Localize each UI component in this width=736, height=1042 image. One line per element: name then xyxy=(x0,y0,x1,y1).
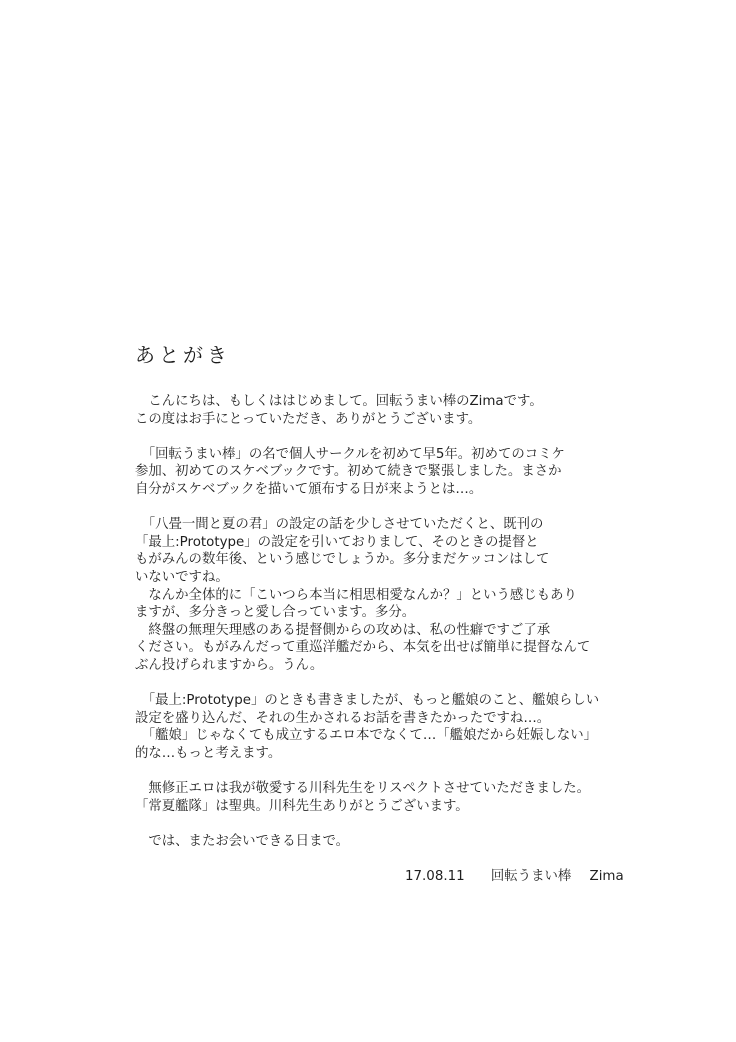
text-line: もがみんの数年後、という感じでしょうか。多分まだケッコンはして xyxy=(135,551,635,569)
signature-author: Zima xyxy=(590,868,624,886)
signature: 17.08.11 回転うまい棒 Zima xyxy=(405,868,624,886)
text-line: なんか全体的に「こいつら本当に相思相愛なんか？」という感じもあり xyxy=(135,587,635,605)
page-title: あとがき xyxy=(135,341,231,369)
text-line: 「艦娘」じゃなくても成立するエロ本でなくて…「艦娘だから妊娠しない」 xyxy=(135,727,635,745)
text-line: 「常夏艦隊」は聖典。川科先生ありがとうございます。 xyxy=(135,798,635,816)
text-line: 設定を盛り込んだ、それの生かされるお話を書きたかったですね…。 xyxy=(135,710,635,728)
paragraph-gap xyxy=(135,815,635,833)
text-line: では、またお会いできる日まで。 xyxy=(135,833,635,851)
paragraph-gap xyxy=(135,675,635,693)
text-line: こんにちは、もしくははじめまして。回転うまい棒のZimaです。 xyxy=(135,393,635,411)
signature-date: 17.08.11 xyxy=(405,868,465,886)
text-line: いないですね。 xyxy=(135,569,635,587)
text-line: 「最上:Prototype」の設定を引いておりまして、そのときの提督と xyxy=(135,534,635,552)
afterword-page: あとがき こんにちは、もしくははじめまして。回転うまい棒のZimaです。 この度… xyxy=(0,0,736,1042)
text-line: 参加、初めてのスケベブックです。初めて続きで緊張しました。まさか xyxy=(135,463,635,481)
text-line: 無修正エロは我が敬愛する川科先生をリスペクトさせていただきました。 xyxy=(135,780,635,798)
text-line: 自分がスケベブックを描いて頒布する日が来ようとは…。 xyxy=(135,481,635,499)
paragraph-gap xyxy=(135,499,635,517)
paragraph-gap xyxy=(135,762,635,780)
text-line: 終盤の無理矢理感のある提督側からの攻めは、私の性癖ですご了承 xyxy=(135,622,635,640)
text-line: 的な…もっと考えます。 xyxy=(135,745,635,763)
paragraph-gap xyxy=(135,428,635,446)
afterword-body: こんにちは、もしくははじめまして。回転うまい棒のZimaです。 この度はお手にと… xyxy=(135,393,635,850)
text-line: ぶん投げられますから。うん。 xyxy=(135,657,635,675)
signature-circle-name: 回転うまい棒 xyxy=(491,868,571,886)
text-line: 「八畳一間と夏の君」の設定の話を少しさせていただくと、既刊の xyxy=(135,516,635,534)
text-line: 「回転うまい棒」の名で個人サークルを初めて早5年。初めてのコミケ xyxy=(135,446,635,464)
text-line: 「最上:Prototype」のときも書きましたが、もっと艦娘のこと、艦娘らしい xyxy=(135,692,635,710)
text-line: ますが、多分きっと愛し合っています。多分。 xyxy=(135,604,635,622)
text-line: この度はお手にとっていただき、ありがとうございます。 xyxy=(135,411,635,429)
text-line: ください。もがみんだって重巡洋艦だから、本気を出せば簡単に提督なんて xyxy=(135,639,635,657)
